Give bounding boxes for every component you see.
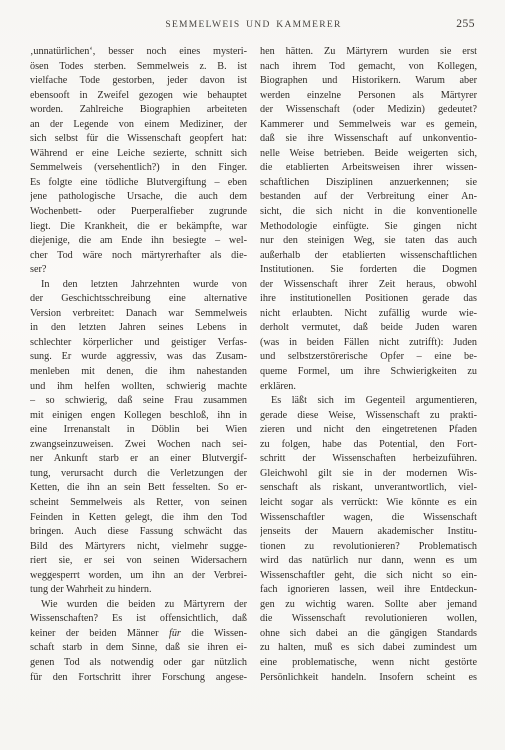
- text-line: In den letzten Jahrzehnten wurde von: [30, 278, 247, 293]
- text-line: ner Ankunft starb er an einer Blutvergif…: [30, 452, 247, 467]
- text-line: nicht erlaubten. Nicht zufällig wurde wi…: [260, 307, 477, 322]
- text-line: derholt vermutet, daß beide Juden waren: [260, 321, 477, 336]
- text-line: ser?: [30, 263, 247, 278]
- book-page: SEMMELWEIS UND KAMMERER 255 ‚unnatürlich…: [0, 0, 505, 750]
- text-line: ihre institutionellen Positionen gerade …: [260, 292, 477, 307]
- text-line: riert sie, er sei von seinen Widersacher…: [30, 554, 247, 569]
- text-line: vielfache Tode gestorben, jeder davon is…: [30, 74, 247, 89]
- text-line: werden einzelne Personen als Märtyrer: [260, 89, 477, 104]
- text-line: die Wissenschaft revolutionieren wollen,: [260, 612, 477, 627]
- text-line: eine Irrenanstalt in Döblin bei Wien: [30, 423, 247, 438]
- text-line: fach ignorieren lassen, weil ihre Entdec…: [260, 583, 477, 598]
- text-line: Wissenschaftler geht, die sich nicht so …: [260, 569, 477, 584]
- text-line: – so schwierig, daß seine Frau zusammen: [30, 394, 247, 409]
- page-header: SEMMELWEIS UND KAMMERER 255: [30, 20, 477, 36]
- text-line: jenseits der Mauern akademischer Institu…: [260, 525, 477, 540]
- text-columns: ‚unnatürlichen‘, besser noch eines myste…: [30, 45, 477, 685]
- text-line: sicht, die sich nicht in die konventione…: [260, 205, 477, 220]
- text-line: daß sie ihre Wissenschaft auf unkonventi…: [260, 132, 477, 147]
- text-line: leicht sogar als verrückt: Wie könnte es…: [260, 496, 477, 511]
- text-line: queme Formel, um ihre Schwierigkeiten zu: [260, 365, 477, 380]
- text-line: scheint Semmelweis als Retter, von seine…: [30, 496, 247, 511]
- text-line: ‚unnatürlichen‘, besser noch eines myste…: [30, 45, 247, 60]
- text-line: wird das natürlich nur dann, wenn es um: [260, 554, 477, 569]
- text-line: für den Fortschritt ihrer Forschung ange…: [30, 671, 247, 686]
- text-line: der Wissenschaft (oder Medizin) gedeutet…: [260, 103, 477, 118]
- text-line: Wochenbett- oder Puerperalfieber zugrund…: [30, 205, 247, 220]
- text-line: cher Tod wäre noch märtyrerhafter als di…: [30, 249, 247, 264]
- text-line: tung, verursacht durch die Verletzungen …: [30, 467, 247, 482]
- text-line: außerhalb der etablierten wissenschaftli…: [260, 249, 477, 264]
- text-line: an der Legende von einem Mediziner, der: [30, 118, 247, 133]
- text-line: schlechter körperlicher und geistiger Ve…: [30, 336, 247, 351]
- text-line: diejenige, die am Ende ihn besiegte – we…: [30, 234, 247, 249]
- text-line: schaft starb in dem Sinne, daß sie ihren…: [30, 641, 247, 656]
- text-line: jene pathologische Ursache, die auch dem: [30, 190, 247, 205]
- text-line: Kammerer und Semmelweis war es gemein,: [260, 118, 477, 133]
- text-line: menleben mit denen, die ihm nahestanden: [30, 365, 247, 380]
- text-line: Während er eine Leiche sezierte, schnitt…: [30, 147, 247, 162]
- text-line: tionen zu revolutionieren? Problematisch: [260, 540, 477, 555]
- text-line: nur den steinigen Weg, sie taten das auc…: [260, 234, 477, 249]
- text-line: liegt. Die Krankheit, die er bekämpfte, …: [30, 220, 247, 235]
- text-line: Institutionen. Sie forderten die Dogmen: [260, 263, 477, 278]
- text-line: sich selbst für die Wissenschaft geopfer…: [30, 132, 247, 147]
- text-line: zu folgen, habe das Potential, den Fort-: [260, 438, 477, 453]
- text-line: ösen Todes sterben. Semmelweis z. B. ist: [30, 60, 247, 75]
- left-column: ‚unnatürlichen‘, besser noch eines myste…: [30, 45, 247, 685]
- text-line: (was in beiden Fällen nicht zutrifft): J…: [260, 336, 477, 351]
- text-line: die etablierten Arbeitsweisen ihrer wiss…: [260, 161, 477, 176]
- text-line: Gleichwohl gilt sie in der modernen Wis-: [260, 467, 477, 482]
- text-line: Es läßt sich im Gegenteil argumentieren,: [260, 394, 477, 409]
- text-line: schritt der Wissenschaften herbeizuführe…: [260, 452, 477, 467]
- text-line: Version verbreitet: Danach war Semmelwei…: [30, 307, 247, 322]
- text-line: der Wissenschaft ihrer Zeit heraus, obwo…: [260, 278, 477, 293]
- text-line: in den letzten Jahren seines Lebens in: [30, 321, 247, 336]
- text-line: und ihm helfen wollten, schwierig machte: [30, 380, 247, 395]
- text-line: bringen. Auch diese Fassung schwächt das: [30, 525, 247, 540]
- text-line: hen hätten. Zu Märtyrern wurden sie erst: [260, 45, 477, 60]
- text-line: gerade diese Weise, Wissenschaft zu prak…: [260, 409, 477, 424]
- text-line: erklären.: [260, 380, 477, 395]
- text-line: weggesperrt worden, um ihn an der Verbre…: [30, 569, 247, 584]
- text-line: bestanden auf der Verbreitung einer An-: [260, 190, 477, 205]
- text-line: tung der Wahrheit zu hindern.: [30, 583, 247, 598]
- text-line: Ketten, die ihn an sein Bett fesselten. …: [30, 481, 247, 496]
- text-line: Wissenschaftler wagen, die Wissenschaft: [260, 511, 477, 526]
- text-line: zieren und nicht den eingetretenen Pfade…: [260, 423, 477, 438]
- text-line: Feinden in Ketten gelegt, die ihm den To…: [30, 511, 247, 526]
- page-number: 255: [456, 18, 475, 30]
- text-line: genen Tod als notwendig oder gar nützlic…: [30, 656, 247, 671]
- text-line: worden. Zahlreiche Biographien arbeitete…: [30, 103, 247, 118]
- text-line: ebensooft in Zweifel gezogen wie behaupt…: [30, 89, 247, 104]
- text-line: und selbstzerstörerische Opfer – eine be…: [260, 350, 477, 365]
- text-line: ohne sich dabei an die gängigen Standard…: [260, 627, 477, 642]
- text-line: Wissenschaften? Es ist offensichtlich, d…: [30, 612, 247, 627]
- running-head: SEMMELWEIS UND KAMMERER: [30, 20, 477, 30]
- text-line: Persönlichkeit handeln. Insofern scheint…: [260, 671, 477, 686]
- text-line: nelle Weise betrieben. Beide weigerten s…: [260, 147, 477, 162]
- text-line: Methodologie einfügte. Sie gingen nicht: [260, 220, 477, 235]
- text-line: der Geschichtsschreibung eine alternativ…: [30, 292, 247, 307]
- text-line: Bild des Märtyrers nicht, vielmehr sugge…: [30, 540, 247, 555]
- text-line: Wie wurden die beiden zu Märtyrern der: [30, 598, 247, 613]
- text-line: Es folgte eine tödliche Blutvergiftung –…: [30, 176, 247, 191]
- text-line: zu halten, muß es sich dabei zumindest u…: [260, 641, 477, 656]
- text-line: keiner der beiden Männer für die Wissen-: [30, 627, 247, 642]
- text-line: Biographen und Historikern. Warum aber: [260, 74, 477, 89]
- text-line: zwangseinzuweisen. Zwei Wochen nach sei-: [30, 438, 247, 453]
- text-line: senschaft als riskant, unverantwortlich,…: [260, 481, 477, 496]
- text-line: schaftlichen Disziplinen anzuerkennen; s…: [260, 176, 477, 191]
- right-column: hen hätten. Zu Märtyrern wurden sie erst…: [260, 45, 477, 685]
- text-line: Semmelweis (versehentlich?) in den Finge…: [30, 161, 247, 176]
- text-line: nach ihrem Tod gemacht, von Kollegen,: [260, 60, 477, 75]
- text-line: gen zu wichtig waren. Sollte aber jemand: [260, 598, 477, 613]
- text-line: mit einigen engen Kollegen beschloß, ihn…: [30, 409, 247, 424]
- text-line: sung. Er wurde aggressiv, was das Zusam-: [30, 350, 247, 365]
- text-line: eine problematische, wenn nicht gestörte: [260, 656, 477, 671]
